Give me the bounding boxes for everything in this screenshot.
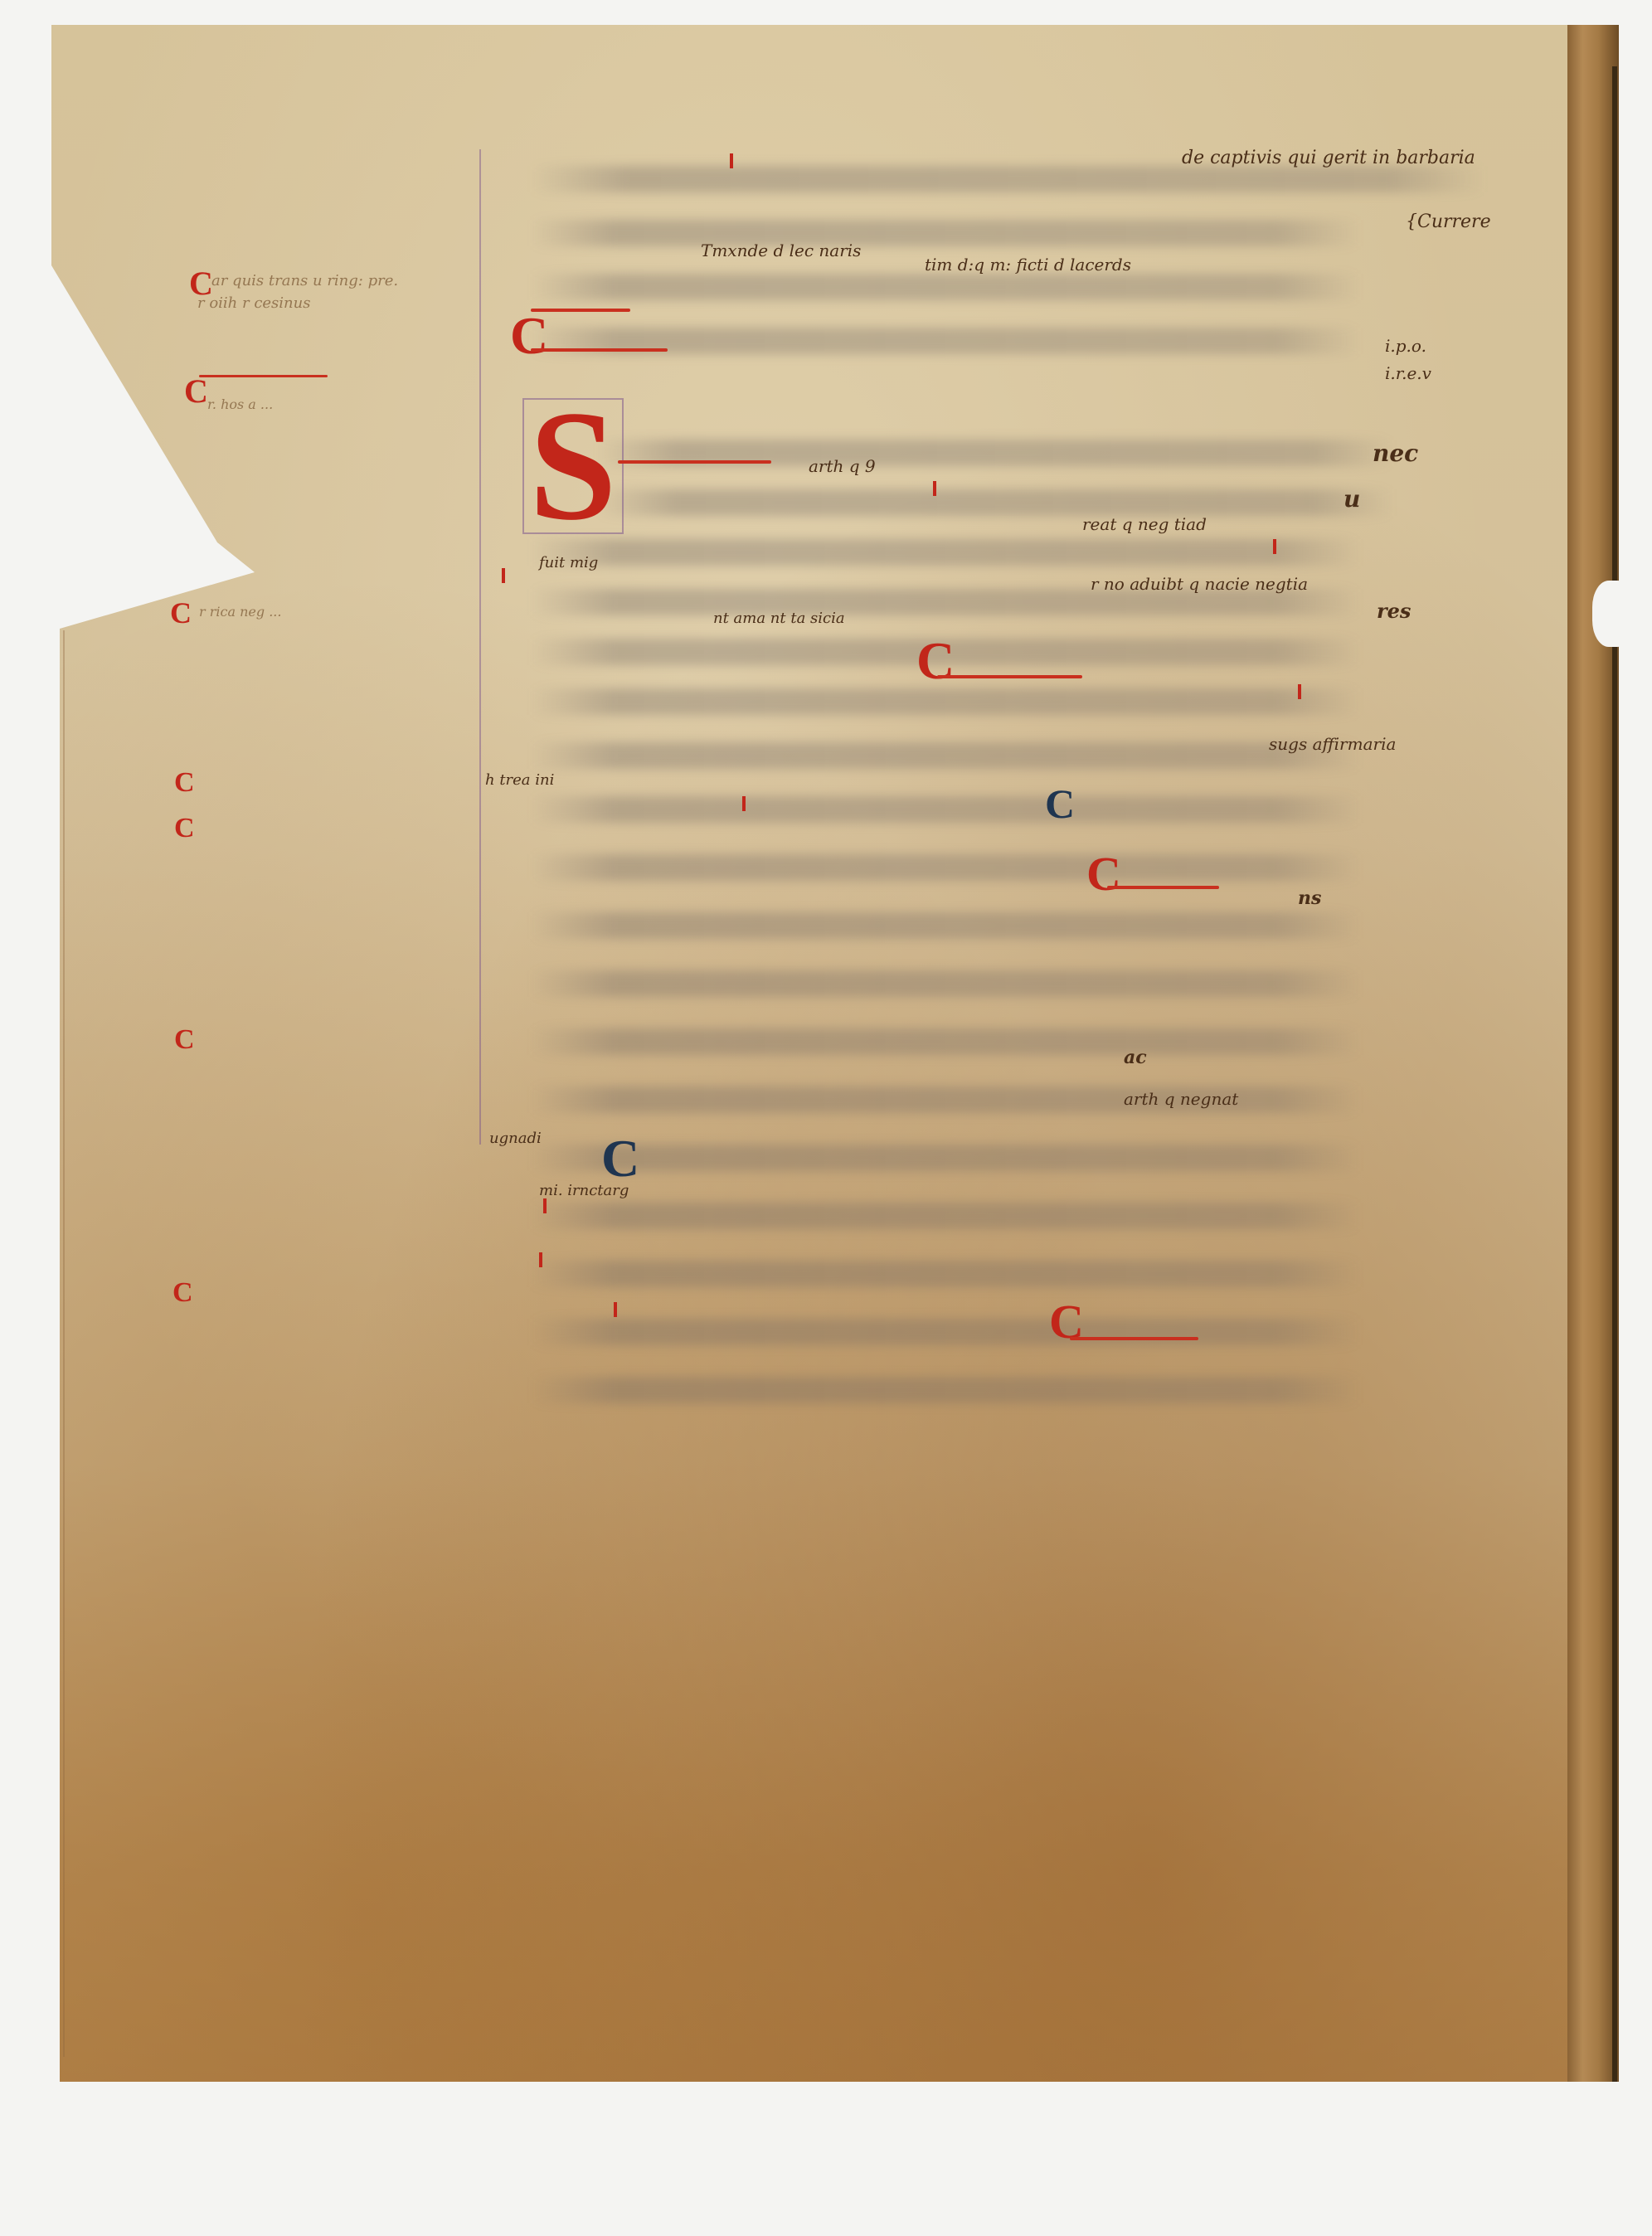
- text-line: [531, 1145, 1360, 1171]
- margin-note: ar quis trans u ring: pre.: [211, 272, 398, 289]
- rubric-initial: C: [916, 630, 955, 692]
- blue-initial: C: [1045, 780, 1075, 828]
- paragraph-mark: [539, 1252, 542, 1267]
- margin-initial: C: [174, 1024, 195, 1056]
- interlinear-gloss: fuit mig: [539, 554, 598, 571]
- interlinear-gloss: arth q negnat: [1124, 1089, 1238, 1109]
- gloss: u: [1343, 485, 1360, 513]
- rubric-stroke: [199, 375, 328, 377]
- binding-spine: [1567, 25, 1619, 2082]
- gloss: nec: [1373, 440, 1418, 467]
- gloss: de captivis qui gerit in barbaria: [1182, 148, 1475, 168]
- text-line: [531, 970, 1360, 997]
- rubric-initial: C: [1086, 846, 1121, 902]
- interlinear-gloss: reat q neg tiad: [1082, 514, 1207, 534]
- gloss: res: [1377, 599, 1411, 623]
- text-line: [531, 1377, 1360, 1403]
- paragraph-mark: [730, 153, 733, 168]
- margin-initial: C: [174, 767, 195, 799]
- gutter-shadow: [1612, 66, 1617, 2082]
- text-line: [531, 1319, 1360, 1345]
- paragraph-mark: [1273, 539, 1276, 554]
- text-line: [531, 854, 1360, 881]
- rubric-stroke: [1070, 1337, 1198, 1340]
- paragraph-mark: [1298, 684, 1301, 699]
- margin-note: r. hos a ...: [207, 396, 273, 412]
- interlinear-gloss: sugs affirmaria: [1269, 734, 1396, 754]
- margin-ruling: [479, 149, 481, 1145]
- paragraph-mark: [543, 1198, 547, 1213]
- margin-initial: C: [184, 372, 208, 411]
- interlinear-gloss: h trea ini: [485, 771, 554, 789]
- paragraph-mark: [933, 481, 936, 496]
- rubric-stroke: [531, 309, 630, 312]
- gloss: i.r.e.v: [1385, 363, 1431, 383]
- margin-note: r oiih r cesinus: [197, 294, 310, 312]
- margin-initial: C: [174, 813, 195, 844]
- text-line: [531, 220, 1360, 246]
- text-line: [531, 1203, 1360, 1229]
- paragraph-mark: [614, 1302, 617, 1317]
- left-ruling: [63, 630, 65, 2057]
- manuscript-leaf: S C C C C C C de captivis qui gerit in b…: [0, 0, 1652, 2236]
- rubric-stroke: [1107, 886, 1219, 889]
- text-line: [531, 688, 1360, 715]
- gloss: i.p.o.: [1385, 336, 1426, 356]
- margin-note: r rica neg ...: [199, 604, 281, 620]
- rubric-initial: C: [510, 305, 548, 367]
- interlinear-gloss: Tmxnde d lec naris: [701, 241, 861, 260]
- margin-initial: C: [172, 1277, 193, 1309]
- text-line: [531, 912, 1360, 939]
- interlinear-gloss: mi. irnctarg: [539, 1182, 629, 1199]
- gloss: ac: [1124, 1047, 1147, 1068]
- text-line: [531, 1261, 1360, 1287]
- text-line: [531, 796, 1360, 823]
- rubric-stroke: [937, 675, 1082, 678]
- text-line: [531, 166, 1484, 192]
- text-line: [531, 742, 1360, 769]
- rubric-stroke: [531, 348, 668, 352]
- text-line: [597, 489, 1393, 516]
- paragraph-mark: [742, 796, 746, 811]
- blue-initial: C: [601, 1128, 639, 1189]
- interlinear-gloss: arth q 9: [809, 456, 876, 476]
- rubric-initial: C: [1049, 1294, 1084, 1349]
- interlinear-gloss: ugnadi: [489, 1130, 542, 1147]
- text-line: [531, 274, 1360, 300]
- parchment-hole: [1592, 581, 1634, 647]
- interlinear-gloss: tim d:q m: ficti d lacerds: [925, 255, 1131, 275]
- gloss: ns: [1298, 887, 1321, 909]
- rubric-stroke: [618, 460, 771, 464]
- illuminated-initial-s: S: [522, 398, 624, 534]
- margin-initial: C: [170, 595, 192, 630]
- paragraph-mark: [502, 568, 505, 583]
- text-line: [531, 539, 1360, 566]
- interlinear-gloss: nt ama nt ta sicia: [713, 610, 845, 627]
- interlinear-gloss: r no aduibt q nacie negtia: [1091, 574, 1308, 594]
- text-line: [531, 1028, 1360, 1055]
- gloss: {Currere: [1406, 211, 1491, 232]
